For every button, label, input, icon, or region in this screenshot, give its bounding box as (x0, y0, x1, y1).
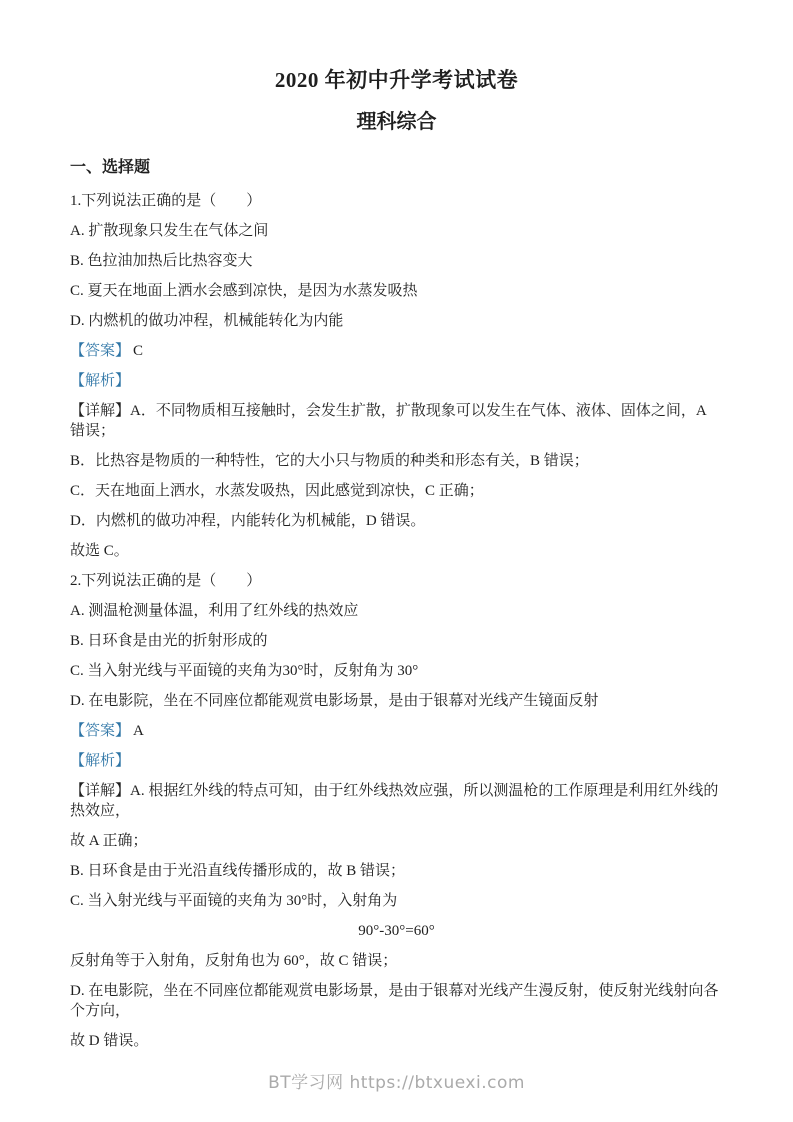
question-2-explanation-line-4: C. 当入射光线与平面镜的夹角为 30°时，入射角为 (70, 891, 723, 911)
question-2-option-a: A. 测温枪测量体温，利用了红外线的热效应 (70, 601, 723, 621)
question-1-answer-value: C (130, 343, 143, 359)
exam-paper-page: 2020 年初中升学考试试卷 理科综合 一、选择题 1.下列说法正确的是（ ） … (0, 0, 793, 1122)
analysis-label: 【解析】 (70, 373, 130, 389)
section-heading-multiple-choice: 一、选择题 (70, 157, 723, 179)
question-2: 2.下列说法正确的是（ ） A. 测温枪测量体温，利用了红外线的热效应 B. 日… (70, 571, 723, 1051)
question-2-formula: 90°-30°=60° (70, 921, 723, 941)
question-1-conclusion: 故选 C。 (70, 541, 723, 561)
question-2-explanation-line-6: D. 在电影院，坐在不同座位都能观赏电影场景，是由于银幕对光线产生漫反射，使反射… (70, 981, 723, 1021)
question-1-answer-line: 【答案】C (70, 341, 723, 361)
question-1: 1.下列说法正确的是（ ） A. 扩散现象只发生在气体之间 B. 色拉油加热后比… (70, 191, 723, 561)
question-1-stem: 1.下列说法正确的是（ ） (70, 191, 723, 211)
question-2-option-b: B. 日环食是由光的折射形成的 (70, 631, 723, 651)
question-2-option-c: C. 当入射光线与平面镜的夹角为30°时，反射角为 30° (70, 661, 723, 681)
page-title: 2020 年初中升学考试试卷 (70, 66, 723, 94)
question-2-explanation-line-3: B. 日环食是由于光沿直线传播形成的，故 B 错误； (70, 861, 723, 881)
watermark: BT学习网 https://btxuexi.com (0, 1068, 793, 1093)
question-1-option-d: D. 内燃机的做功冲程，机械能转化为内能 (70, 311, 723, 331)
question-2-explanation-line-5: 反射角等于入射角，反射角也为 60°，故 C 错误； (70, 951, 723, 971)
question-1-option-b: B. 色拉油加热后比热容变大 (70, 251, 723, 271)
question-2-explanation-line-1: 【详解】A. 根据红外线的特点可知，由于红外线热效应强，所以测温枪的工作原理是利… (70, 781, 723, 821)
analysis-label: 【解析】 (70, 753, 130, 769)
question-2-stem: 2.下列说法正确的是（ ） (70, 571, 723, 591)
question-1-explanation-line-1: 【详解】A．不同物质相互接触时，会发生扩散，扩散现象可以发生在气体、液体、固体之… (70, 401, 723, 441)
question-2-option-d: D. 在电影院，坐在不同座位都能观赏电影场景，是由于银幕对光线产生镜面反射 (70, 691, 723, 711)
question-2-conclusion: 故 D 错误。 (70, 1031, 723, 1051)
question-2-answer-value: A (130, 723, 144, 739)
answer-label: 【答案】 (70, 723, 130, 739)
question-1-option-c: C. 夏天在地面上洒水会感到凉快，是因为水蒸发吸热 (70, 281, 723, 301)
answer-label: 【答案】 (70, 343, 130, 359)
question-1-option-a: A. 扩散现象只发生在气体之间 (70, 221, 723, 241)
question-2-analysis-line: 【解析】 (70, 751, 723, 771)
question-1-explanation-line-3: C．天在地面上洒水，水蒸发吸热，因此感觉到凉快，C 正确； (70, 481, 723, 501)
question-1-explanation-line-4: D．内燃机的做功冲程，内能转化为机械能，D 错误。 (70, 511, 723, 531)
question-2-explanation-line-2: 故 A 正确； (70, 831, 723, 851)
page-subtitle: 理科综合 (70, 109, 723, 135)
question-1-analysis-line: 【解析】 (70, 371, 723, 391)
question-1-explanation-line-2: B．比热容是物质的一种特性，它的大小只与物质的种类和形态有关，B 错误； (70, 451, 723, 471)
question-2-answer-line: 【答案】A (70, 721, 723, 741)
